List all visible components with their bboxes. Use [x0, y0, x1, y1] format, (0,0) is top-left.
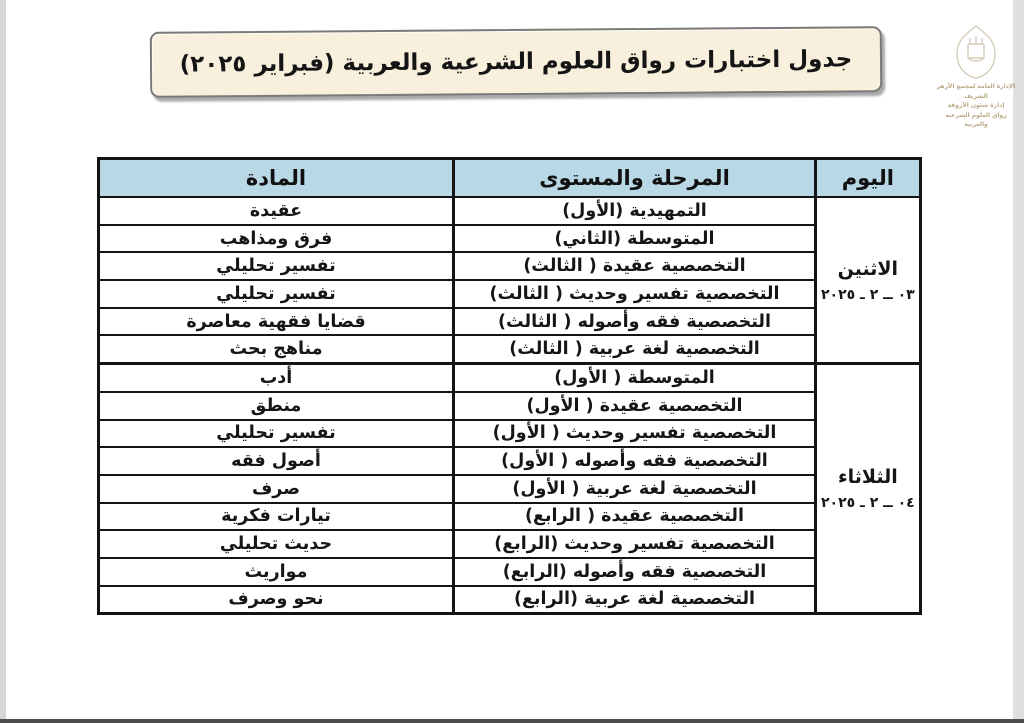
subject-cell: تيارات فكرية	[99, 503, 454, 531]
table-row: الاثنين٠٣ ــ ٢ ـ ٢٠٢٥التمهيدية (الأول)عق…	[99, 197, 921, 225]
subject-cell: تفسير تحليلي	[99, 280, 454, 308]
subject-cell: أصول فقه	[99, 447, 454, 475]
stage-cell: المتوسطة (الثاني)	[454, 225, 816, 253]
stage-cell: التخصصية فقه وأصوله (الرابع)	[454, 558, 816, 586]
logo-text-line: رواق العلوم الشرعية والعربية	[936, 111, 1016, 130]
title-banner: جدول اختبارات رواق العلوم الشرعية والعرب…	[150, 26, 882, 98]
subject-cell: منطق	[99, 392, 454, 420]
table-row: التخصصية فقه وأصوله ( الأول)أصول فقه	[99, 447, 921, 475]
stage-cell: التخصصية عقيدة ( الثالث)	[454, 252, 816, 280]
scanned-schedule-page: { "page": { "title": "جدول اختبارات رواق…	[0, 0, 1024, 723]
subject-cell: تفسير تحليلي	[99, 252, 454, 280]
table-row: المتوسطة (الثاني)فرق ومذاهب	[99, 225, 921, 253]
stage-cell: التخصصية فقه وأصوله ( الثالث)	[454, 308, 816, 336]
azhar-emblem-icon	[936, 24, 1016, 80]
day-cell: الثلاثاء٠٤ ــ ٢ ـ ٢٠٢٥	[816, 364, 921, 614]
stage-cell: التخصصية تفسير وحديث ( الأول)	[454, 420, 816, 448]
table-row: التخصصية عقيدة ( الثالث)تفسير تحليلي	[99, 252, 921, 280]
table-row: التخصصية لغة عربية ( الثالث)مناهج بحث	[99, 335, 921, 363]
organization-logo: الإدارة العامة لمجمع الأزهر الشريف إدارة…	[936, 24, 1016, 130]
subject-cell: فرق ومذاهب	[99, 225, 454, 253]
subject-cell: صرف	[99, 475, 454, 503]
exam-schedule-table: اليوم المرحلة والمستوى المادة الاثنين٠٣ …	[97, 157, 922, 615]
subject-cell: عقيدة	[99, 197, 454, 225]
subject-cell: حديث تحليلي	[99, 530, 454, 558]
day-cell: الاثنين٠٣ ــ ٢ ـ ٢٠٢٥	[816, 197, 921, 364]
subject-cell: مناهج بحث	[99, 335, 454, 363]
schedule-body: الاثنين٠٣ ــ ٢ ـ ٢٠٢٥التمهيدية (الأول)عق…	[99, 197, 921, 614]
stage-cell: التخصصية عقيدة ( الرابع)	[454, 503, 816, 531]
table-row: التخصصية عقيدة ( الرابع)تيارات فكرية	[99, 503, 921, 531]
stage-cell: التخصصية تفسير وحديث ( الثالث)	[454, 280, 816, 308]
stage-cell: التمهيدية (الأول)	[454, 197, 816, 225]
scan-edge-left	[0, 0, 6, 723]
column-header-subject: المادة	[99, 159, 454, 198]
table-row: الثلاثاء٠٤ ــ ٢ ـ ٢٠٢٥المتوسطة ( الأول)أ…	[99, 364, 921, 392]
stage-cell: التخصصية تفسير وحديث (الرابع)	[454, 530, 816, 558]
day-name: الاثنين	[821, 258, 915, 280]
table-row: التخصصية تفسير وحديث (الرابع)حديث تحليلي	[99, 530, 921, 558]
subject-cell: قضايا فقهية معاصرة	[99, 308, 454, 336]
table-row: التخصصية لغة عربية (الرابع)نحو وصرف	[99, 586, 921, 614]
column-header-stage: المرحلة والمستوى	[454, 159, 816, 198]
table-row: التخصصية عقيدة ( الأول)منطق	[99, 392, 921, 420]
stage-cell: التخصصية لغة عربية (الرابع)	[454, 586, 816, 614]
subject-cell: تفسير تحليلي	[99, 420, 454, 448]
day-date: ٠٣ ــ ٢ ـ ٢٠٢٥	[821, 287, 915, 303]
subject-cell: أدب	[99, 364, 454, 392]
table-row: التخصصية تفسير وحديث ( الثالث)تفسير تحلي…	[99, 280, 921, 308]
scan-edge-bottom	[0, 719, 1024, 723]
column-header-day: اليوم	[816, 159, 921, 198]
stage-cell: التخصصية لغة عربية ( الأول)	[454, 475, 816, 503]
stage-cell: التخصصية عقيدة ( الأول)	[454, 392, 816, 420]
table-row: التخصصية تفسير وحديث ( الأول)تفسير تحليل…	[99, 420, 921, 448]
table-row: التخصصية فقه وأصوله ( الثالث)قضايا فقهية…	[99, 308, 921, 336]
subject-cell: نحو وصرف	[99, 586, 454, 614]
logo-text-line: الإدارة العامة لمجمع الأزهر الشريف	[936, 82, 1016, 101]
day-date: ٠٤ ــ ٢ ـ ٢٠٢٥	[821, 495, 915, 511]
table-row: التخصصية فقه وأصوله (الرابع)مواريث	[99, 558, 921, 586]
header-row: اليوم المرحلة والمستوى المادة	[99, 159, 921, 198]
day-name: الثلاثاء	[821, 466, 915, 488]
stage-cell: التخصصية لغة عربية ( الثالث)	[454, 335, 816, 363]
stage-cell: المتوسطة ( الأول)	[454, 364, 816, 392]
table-row: التخصصية لغة عربية ( الأول)صرف	[99, 475, 921, 503]
logo-text-line: إدارة شئون الأروقة	[936, 101, 1016, 111]
page-title: جدول اختبارات رواق العلوم الشرعية والعرب…	[180, 46, 853, 77]
subject-cell: مواريث	[99, 558, 454, 586]
stage-cell: التخصصية فقه وأصوله ( الأول)	[454, 447, 816, 475]
